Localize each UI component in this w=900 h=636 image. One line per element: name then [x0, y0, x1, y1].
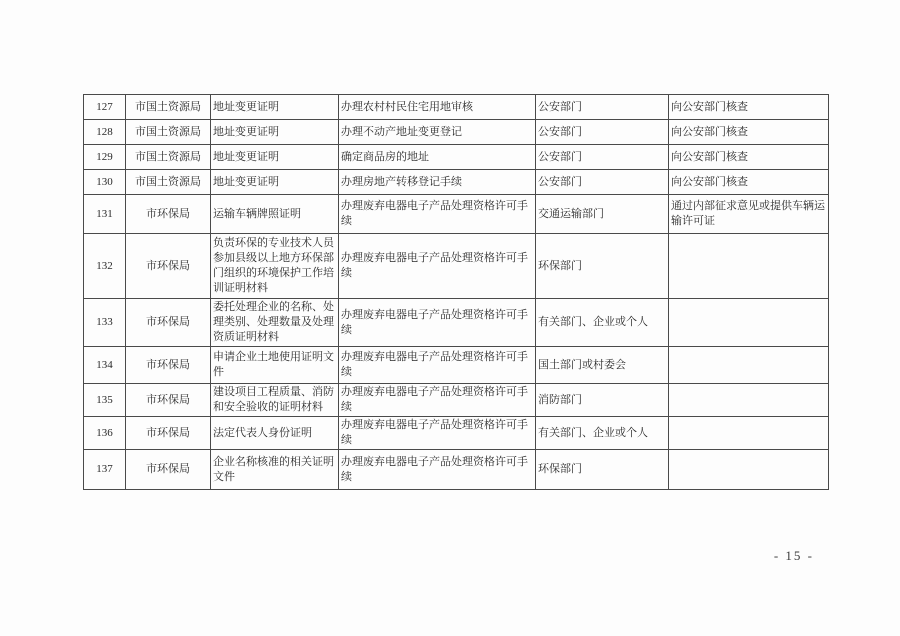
- page-number: - 15 -: [774, 548, 814, 564]
- cell-remark: [669, 299, 829, 347]
- cell-related-department: 消防部门: [536, 384, 669, 417]
- cell-related-department: 公安部门: [536, 95, 669, 120]
- cell-remark: 通过内部征求意见或提供车辆运输许可证: [669, 195, 829, 234]
- cell-remark: 向公安部门核查: [669, 145, 829, 170]
- cell-remark: [669, 347, 829, 384]
- cell-purpose: 办理废弃电器电子产品处理资格许可手续: [339, 299, 536, 347]
- cell-remark: [669, 384, 829, 417]
- cell-index: 136: [84, 417, 126, 450]
- cell-related-department: 公安部门: [536, 145, 669, 170]
- cell-certificate-name: 建设项目工程质量、消防和安全验收的证明材料: [211, 384, 339, 417]
- cell-department: 市环保局: [126, 195, 211, 234]
- cell-related-department: 国土部门或村委会: [536, 347, 669, 384]
- cell-related-department: 有关部门、企业或个人: [536, 417, 669, 450]
- cell-index: 134: [84, 347, 126, 384]
- cell-certificate-name: 地址变更证明: [211, 95, 339, 120]
- table-row: 127市国土资源局地址变更证明办理农村村民住宅用地审核公安部门向公安部门核查: [84, 95, 829, 120]
- cell-department: 市国土资源局: [126, 145, 211, 170]
- cell-purpose: 确定商品房的地址: [339, 145, 536, 170]
- cell-certificate-name: 地址变更证明: [211, 145, 339, 170]
- table-row: 136市环保局法定代表人身份证明办理废弃电器电子产品处理资格许可手续有关部门、企…: [84, 417, 829, 450]
- cell-remark: [669, 234, 829, 299]
- cell-index: 129: [84, 145, 126, 170]
- cell-purpose: 办理废弃电器电子产品处理资格许可手续: [339, 347, 536, 384]
- cell-index: 130: [84, 170, 126, 195]
- cell-remark: 向公安部门核查: [669, 120, 829, 145]
- cell-certificate-name: 地址变更证明: [211, 170, 339, 195]
- cell-index: 127: [84, 95, 126, 120]
- table-row: 134市环保局申请企业土地使用证明文件办理废弃电器电子产品处理资格许可手续国土部…: [84, 347, 829, 384]
- cell-index: 133: [84, 299, 126, 347]
- cell-department: 市国土资源局: [126, 120, 211, 145]
- cell-remark: [669, 450, 829, 490]
- cell-related-department: 环保部门: [536, 234, 669, 299]
- cell-purpose: 办理房地产转移登记手续: [339, 170, 536, 195]
- cell-department: 市环保局: [126, 384, 211, 417]
- cell-purpose: 办理废弃电器电子产品处理资格许可手续: [339, 384, 536, 417]
- cell-related-department: 环保部门: [536, 450, 669, 490]
- cell-department: 市环保局: [126, 234, 211, 299]
- cell-certificate-name: 委托处理企业的名称、处理类别、处理数量及处理资质证明材料: [211, 299, 339, 347]
- cell-remark: [669, 417, 829, 450]
- cell-certificate-name: 运输车辆牌照证明: [211, 195, 339, 234]
- table-row: 137市环保局企业名称核准的相关证明文件办理废弃电器电子产品处理资格许可手续环保…: [84, 450, 829, 490]
- table-body: 127市国土资源局地址变更证明办理农村村民住宅用地审核公安部门向公安部门核查12…: [84, 95, 829, 490]
- cell-certificate-name: 企业名称核准的相关证明文件: [211, 450, 339, 490]
- cell-related-department: 公安部门: [536, 170, 669, 195]
- cell-index: 131: [84, 195, 126, 234]
- cell-purpose: 办理废弃电器电子产品处理资格许可手续: [339, 234, 536, 299]
- cell-department: 市环保局: [126, 347, 211, 384]
- cell-remark: 向公安部门核查: [669, 170, 829, 195]
- document-page: 127市国土资源局地址变更证明办理农村村民住宅用地审核公安部门向公安部门核查12…: [0, 0, 900, 636]
- cell-department: 市国土资源局: [126, 95, 211, 120]
- cell-certificate-name: 申请企业土地使用证明文件: [211, 347, 339, 384]
- cell-purpose: 办理废弃电器电子产品处理资格许可手续: [339, 195, 536, 234]
- cell-related-department: 交通运输部门: [536, 195, 669, 234]
- cell-certificate-name: 法定代表人身份证明: [211, 417, 339, 450]
- table-row: 131市环保局运输车辆牌照证明办理废弃电器电子产品处理资格许可手续交通运输部门通…: [84, 195, 829, 234]
- table-row: 133市环保局委托处理企业的名称、处理类别、处理数量及处理资质证明材料办理废弃电…: [84, 299, 829, 347]
- cell-index: 135: [84, 384, 126, 417]
- cell-related-department: 有关部门、企业或个人: [536, 299, 669, 347]
- table-row: 129市国土资源局地址变更证明确定商品房的地址公安部门向公安部门核查: [84, 145, 829, 170]
- cell-related-department: 公安部门: [536, 120, 669, 145]
- certificates-table: 127市国土资源局地址变更证明办理农村村民住宅用地审核公安部门向公安部门核查12…: [83, 94, 829, 490]
- cell-department: 市环保局: [126, 299, 211, 347]
- cell-index: 137: [84, 450, 126, 490]
- cell-purpose: 办理废弃电器电子产品处理资格许可手续: [339, 450, 536, 490]
- cell-index: 132: [84, 234, 126, 299]
- table-row: 132市环保局负责环保的专业技术人员参加县级以上地方环保部门组织的环境保护工作培…: [84, 234, 829, 299]
- cell-certificate-name: 地址变更证明: [211, 120, 339, 145]
- cell-remark: 向公安部门核查: [669, 95, 829, 120]
- cell-index: 128: [84, 120, 126, 145]
- cell-purpose: 办理不动产地址变更登记: [339, 120, 536, 145]
- cell-purpose: 办理废弃电器电子产品处理资格许可手续: [339, 417, 536, 450]
- table-row: 135市环保局建设项目工程质量、消防和安全验收的证明材料办理废弃电器电子产品处理…: [84, 384, 829, 417]
- cell-department: 市国土资源局: [126, 170, 211, 195]
- cell-department: 市环保局: [126, 417, 211, 450]
- table-row: 130市国土资源局地址变更证明办理房地产转移登记手续公安部门向公安部门核查: [84, 170, 829, 195]
- cell-department: 市环保局: [126, 450, 211, 490]
- cell-certificate-name: 负责环保的专业技术人员参加县级以上地方环保部门组织的环境保护工作培训证明材料: [211, 234, 339, 299]
- table-row: 128市国土资源局地址变更证明办理不动产地址变更登记公安部门向公安部门核查: [84, 120, 829, 145]
- cell-purpose: 办理农村村民住宅用地审核: [339, 95, 536, 120]
